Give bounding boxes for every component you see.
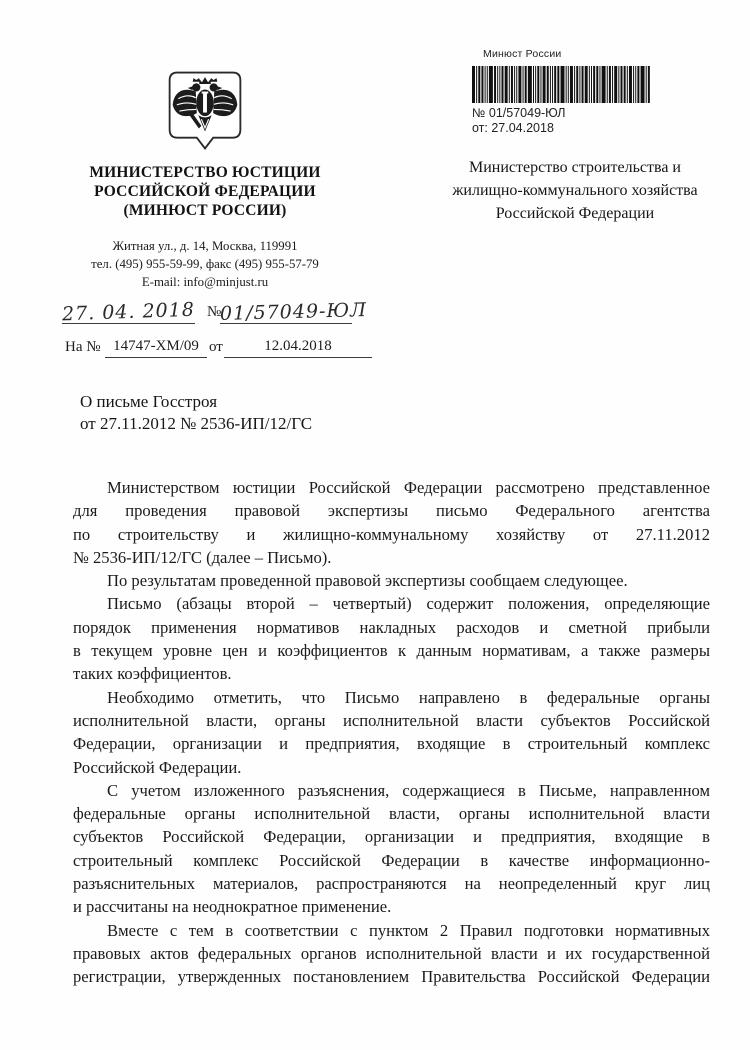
- subject-line: от 27.11.2012 № 2536-ИП/12/ГС: [80, 413, 312, 435]
- body: Министерством юстиции Российской Федерац…: [73, 476, 710, 989]
- addressee-block: Министерство строительства и жилищно-ком…: [430, 156, 720, 225]
- body-line: правовых актов федеральных органов испол…: [73, 942, 710, 965]
- ministry-name: МИНИСТЕРСТВО ЮСТИЦИИ РОССИЙСКОЙ ФЕДЕРАЦИ…: [40, 163, 370, 220]
- ref-date-field: 12.04.2018: [224, 338, 372, 358]
- ministry-name-line: РОССИЙСКОЙ ФЕДЕРАЦИИ: [40, 182, 370, 201]
- body-line: субъектов Российской Федерации, организа…: [73, 825, 710, 848]
- address-line: E-mail: info@minjust.ru: [40, 273, 370, 291]
- ministry-address: Житная ул., д. 14, Москва, 119991 тел. (…: [40, 237, 370, 291]
- outgoing-date-field: 27. 04. 2018: [62, 301, 195, 324]
- body-line: федеральные органы исполнительной власти…: [73, 802, 710, 825]
- body-line: разъяснительных материалов, распространя…: [73, 872, 710, 895]
- ministry-name-line: (МИНЮСТ РОССИИ): [40, 201, 370, 220]
- body-line: По результатам проведенной правовой эксп…: [73, 569, 710, 592]
- paragraph: Письмо (абзацы второй – четвертый) содер…: [73, 592, 710, 685]
- paragraph: Вместе с тем в соответствии с пунктом 2 …: [73, 919, 710, 989]
- stamp-date: от: 27.04.2018: [472, 121, 672, 136]
- body-line: и рассчитаны на неоднократное применение…: [73, 895, 710, 918]
- body-line: таких коэффициентов.: [73, 662, 710, 685]
- body-line: по строительству и жилищно-коммунальному…: [73, 523, 710, 546]
- body-line: С учетом изложенного разъяснения, содерж…: [73, 779, 710, 802]
- addressee-line: Российской Федерации: [430, 202, 720, 225]
- body-line: Письмо (абзацы второй – четвертый) содер…: [73, 592, 710, 615]
- paragraph: Необходимо отметить, что Письмо направле…: [73, 686, 710, 779]
- body-line: строительный комплекс Российской Федерац…: [73, 849, 710, 872]
- russian-coat-of-arms-icon: [167, 70, 243, 151]
- body-line: Необходимо отметить, что Письмо направле…: [73, 686, 710, 709]
- body-line: Министерством юстиции Российской Федерац…: [73, 476, 710, 499]
- handwritten-number: 01/57049-ЮЛ: [220, 299, 367, 325]
- ref-number-field: 14747-ХМ/09: [105, 338, 207, 358]
- subject-line: О письме Госстроя: [80, 391, 312, 413]
- ref-label: На №: [65, 339, 101, 356]
- outgoing-number-field: 01/57049-ЮЛ: [220, 301, 352, 324]
- reference-row: На № 14747-ХМ/09 от 12.04.2018: [60, 336, 390, 358]
- registration-stamp: Минюст России № 01/57049-ЮЛ от: 27.04.20…: [472, 48, 672, 136]
- body-line: Российской Федерации.: [73, 756, 710, 779]
- letterhead: МИНИСТЕРСТВО ЮСТИЦИИ РОССИЙСКОЙ ФЕДЕРАЦИ…: [40, 70, 370, 291]
- paragraph: Министерством юстиции Российской Федерац…: [73, 476, 710, 569]
- stamp-label: Минюст России: [483, 48, 672, 60]
- addressee-line: Министерство строительства и: [430, 156, 720, 179]
- subject-block: О письме Госстроя от 27.11.2012 № 2536-И…: [80, 391, 312, 434]
- body-line: № 2536-ИП/12/ГС (далее – Письмо).: [73, 546, 710, 569]
- paragraph: По результатам проведенной правовой эксп…: [73, 569, 710, 592]
- handwritten-date: 27. 04. 2018: [62, 299, 196, 326]
- barcode-icon: [472, 66, 657, 103]
- body-line: регистрации, утвержденных постановлением…: [73, 965, 710, 988]
- body-line: исполнительной власти, органы исполнител…: [73, 709, 710, 732]
- outgoing-date-number-row: 27. 04. 2018 № 01/57049-ЮЛ: [60, 296, 380, 324]
- body-line: для проведения правовой экспертизы письм…: [73, 499, 710, 522]
- body-line: порядок применения нормативов накладных …: [73, 616, 710, 639]
- address-line: тел. (495) 955-59-99, факс (495) 955-57-…: [40, 255, 370, 273]
- ref-from-label: от: [209, 339, 223, 356]
- body-line: Федерации, организации и предприятия, вх…: [73, 732, 710, 755]
- address-line: Житная ул., д. 14, Москва, 119991: [40, 237, 370, 255]
- scanned-letter-page: МИНИСТЕРСТВО ЮСТИЦИИ РОССИЙСКОЙ ФЕДЕРАЦИ…: [0, 0, 750, 1050]
- ministry-name-line: МИНИСТЕРСТВО ЮСТИЦИИ: [40, 163, 370, 182]
- stamp-number: № 01/57049-ЮЛ: [472, 106, 672, 121]
- addressee-line: жилищно-коммунального хозяйства: [430, 179, 720, 202]
- body-line: в текущем уровне цен и коэффициентов к д…: [73, 639, 710, 662]
- paragraph: С учетом изложенного разъяснения, содерж…: [73, 779, 710, 919]
- body-line: Вместе с тем в соответствии с пунктом 2 …: [73, 919, 710, 942]
